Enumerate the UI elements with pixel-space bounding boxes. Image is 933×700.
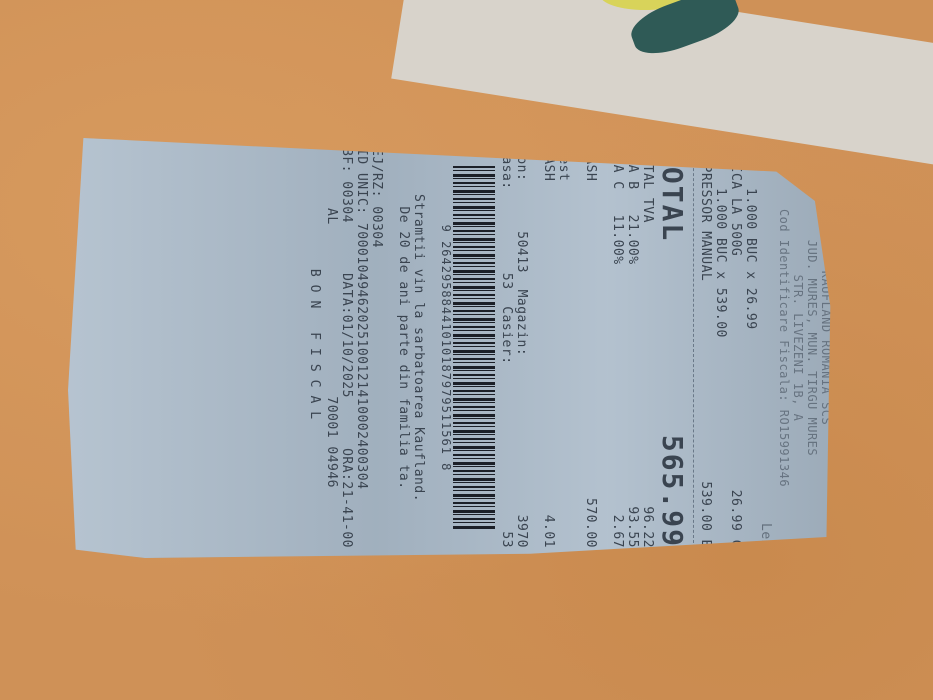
item-name: FRICA LA 500G (728, 148, 743, 256)
casa-number: 53 (499, 273, 514, 290)
magazin-label: Magazin: (514, 290, 529, 357)
payment-label: CASH (583, 148, 598, 181)
bon-label: Bon: (514, 148, 529, 181)
fiscal-id: Cod Identificare Fiscala: RO15991346 (777, 148, 791, 548)
total-label: TOTAL (655, 148, 689, 242)
vat-value: 2.67 (610, 515, 625, 548)
payment-row: CASH 570.00 (583, 148, 598, 548)
receipt: KAUFLAND ROMANIA SCS JUD. MURES, MUN. TI… (68, 138, 838, 558)
item-quantity: 1.000 BUC x 26.99 (743, 148, 758, 548)
vat-label: TVA C (610, 148, 625, 190)
serial-row: AL 70001 04946 (324, 148, 339, 548)
vat-rate: 11.00% (610, 215, 625, 265)
item-amount: 26.99 C (728, 490, 743, 548)
change-value: 4.01 (541, 515, 556, 548)
casier-label: Casier: (499, 306, 514, 364)
barcode (453, 166, 495, 530)
vat-c-row: TVA C 11.00% 2.67 (610, 148, 625, 548)
divider (693, 148, 694, 548)
vat-total-row: TOTAL TVA 96.22 (640, 148, 655, 548)
currency-label: Lei (758, 148, 773, 548)
store-address-county: JUD. MURES, MUN. TIRGU MURES (805, 148, 819, 548)
slogan-line: Stramtii vin la sarbatoarea Kaufland. (411, 148, 426, 548)
casa-label: Casa: (499, 148, 514, 190)
store-name: KAUFLAND ROMANIA SCS (819, 148, 833, 548)
time: ORA:21-41-00 (339, 448, 354, 548)
magazin-number: 3970 (514, 515, 529, 548)
total-value: 565.99 (655, 435, 689, 548)
casier-number: 53 (499, 531, 514, 548)
store-address-street: STR. LIVEZENI 1B, A (791, 148, 805, 548)
vat-label: TOTAL TVA (640, 148, 655, 223)
bon-row: Bon: 50413 Magazin: 3970 (514, 148, 529, 548)
slogan-line: De 20 de ani parte din familia ta. (396, 148, 411, 548)
al-mark: AL (324, 208, 339, 225)
payment-value: 570.00 (583, 498, 598, 548)
vat-label: TVA B (625, 148, 640, 190)
item-name: ESPRESSOR MANUAL (698, 148, 713, 281)
line-item: 1.000 BUC x 539.00 ESPRESSOR MANUAL 539.… (698, 148, 728, 548)
change-label: Rest (556, 148, 571, 548)
change-method: CASH (541, 148, 556, 181)
date: DATA:01/10/2025 (339, 273, 354, 398)
item-amount: 539.00 B (698, 481, 713, 548)
date-row: BF: 00304 DATA:01/10/2025 ORA:21-41-00 (339, 148, 354, 548)
vat-value: 96.22 (640, 506, 655, 548)
vat-value: 93.55 (625, 506, 640, 548)
ejrz: EJ/RZ: 00304 (369, 148, 384, 548)
item-quantity: 1.000 BUC x 539.00 (713, 148, 728, 548)
total-row: TOTAL 565.99 (655, 148, 689, 548)
vat-b-row: TVA B 21.00% 93.55 (625, 148, 640, 548)
casa-row: Casa: 53 Casier: 53 (499, 148, 514, 548)
id-unic: ID UNIC: 7000104946202510012141000240030… (354, 148, 369, 548)
receipt-content: KAUFLAND ROMANIA SCS JUD. MURES, MUN. TI… (73, 148, 833, 548)
change-row: CASH 4.01 (541, 148, 556, 548)
bon-number: 50413 (514, 231, 529, 273)
vat-rate: 21.00% (625, 215, 640, 265)
bon-fiscal-label: BON FISCAL (307, 148, 322, 548)
serial-number: 70001 04946 (324, 396, 339, 488)
barcode-digits: 9 26429588441010187979511561 8 (438, 148, 453, 548)
line-item: 1.000 BUC x 26.99 FRICA LA 500G 26.99 C (728, 148, 758, 548)
bf-number: BF: 00304 (339, 148, 354, 223)
